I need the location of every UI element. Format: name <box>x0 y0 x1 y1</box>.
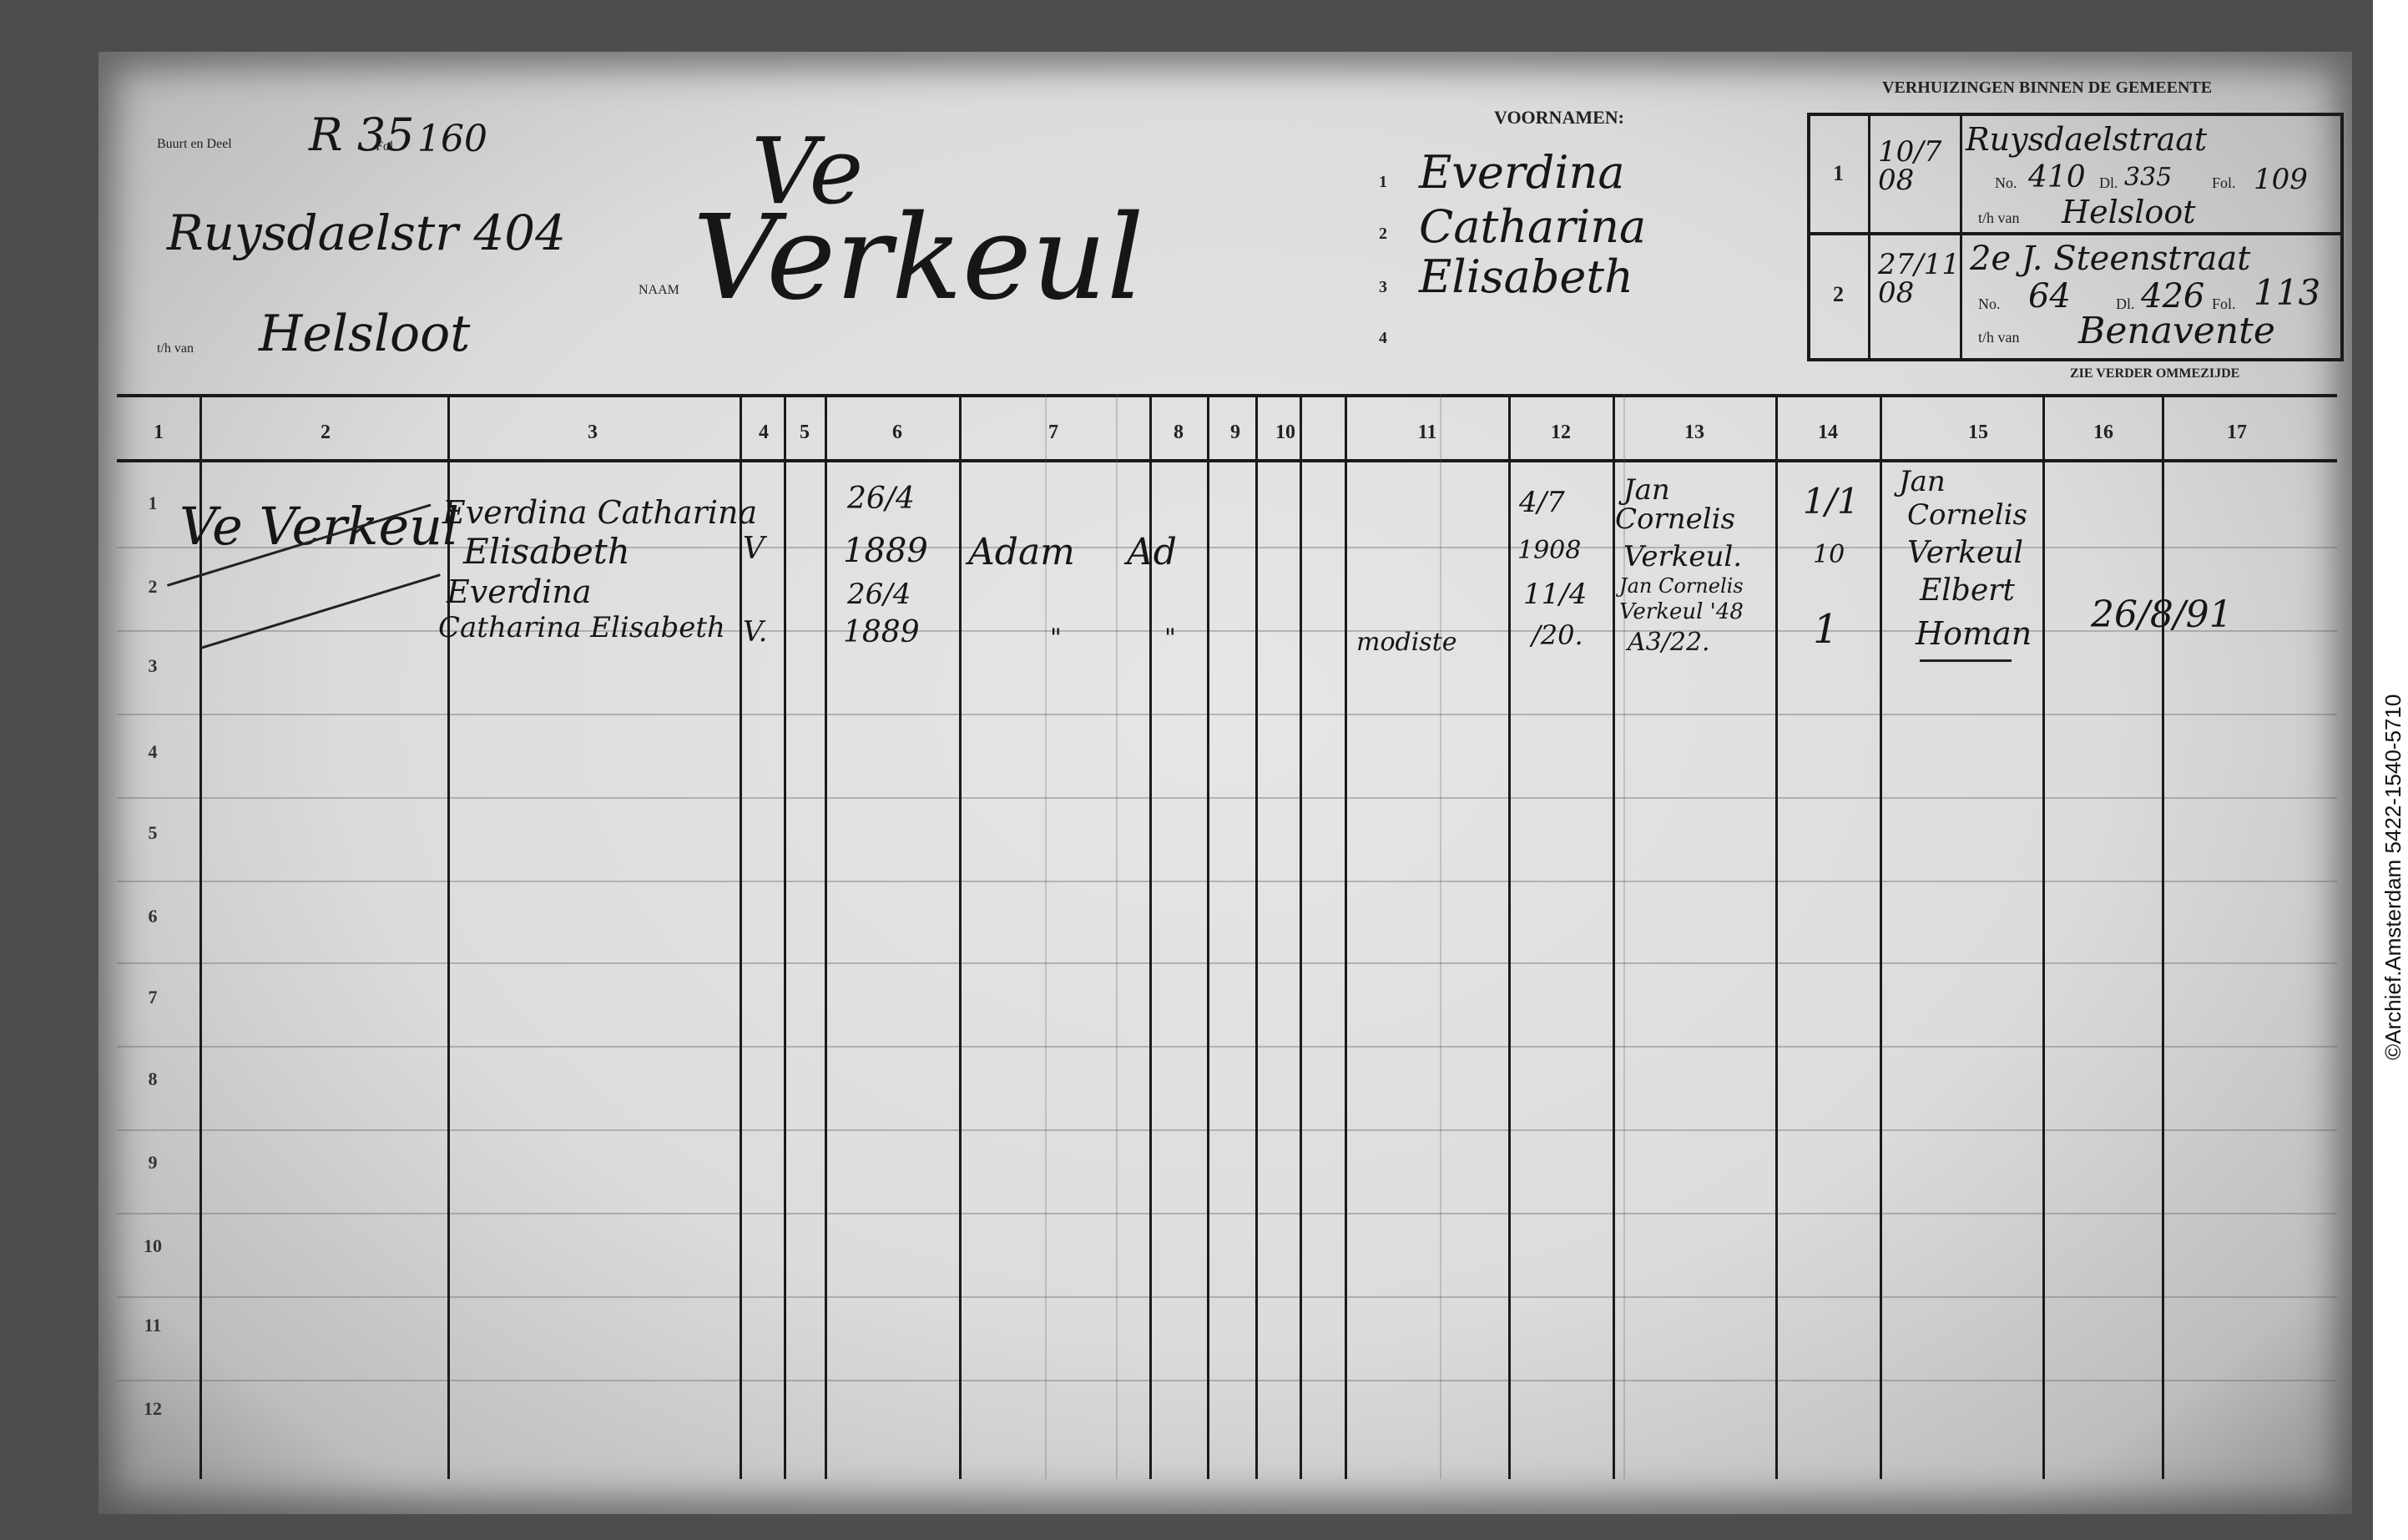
verhuizing-street-1: Ruysdaelstraat <box>1966 124 2207 155</box>
voornaam-2: Catharina <box>1419 204 1646 250</box>
row-num-11: 11 <box>140 1315 165 1336</box>
entry-col13-1: Jan <box>1623 476 1670 504</box>
entry-arrival-year: 1908 <box>1517 538 1581 563</box>
column-divider <box>784 394 786 1479</box>
col-num-10: 10 <box>1269 422 1302 444</box>
column-divider <box>1508 394 1511 1479</box>
verhuizing-from-2: Benavente <box>2078 313 2275 350</box>
row-num-1: 1 <box>140 492 165 514</box>
col-num-3: 3 <box>568 422 618 444</box>
entry-birthyear-1: 1889 <box>843 534 928 568</box>
entry-departure-date: 11/4 <box>1523 580 1587 608</box>
entry-col13-3: Verkeul. <box>1623 543 1742 571</box>
verhuizingen-row-divider <box>1807 232 2340 235</box>
entry-first-names-3: Everdina <box>447 576 591 608</box>
col-num-14: 14 <box>1803 422 1853 444</box>
column-divider <box>740 394 742 1479</box>
buurt-deel-value: R 35 <box>309 113 415 158</box>
table-top-rule <box>117 394 2337 397</box>
from-value: Helsloot <box>259 309 470 359</box>
grid-line <box>117 1380 2337 1381</box>
verhuizing-no-label-2: No. <box>1978 296 2001 311</box>
verhuizingen-divider <box>1960 113 1962 358</box>
verhuizingen-divider <box>1868 113 1870 358</box>
entry-col14-1: 1/1 <box>1803 484 1860 519</box>
verhuizing-from-label-1: t/h van <box>1978 210 2020 225</box>
entry-col15-2: Cornelis <box>1907 501 2027 529</box>
entry-col15-5: Homan <box>1916 618 2032 649</box>
verhuizing-no-1: 410 <box>2028 163 2086 193</box>
buurt-deel-label: Buurt en Deel <box>157 138 232 151</box>
verhuizingen-title: VERHUIZINGEN BINNEN DE GEMEENTE <box>1882 79 2212 96</box>
verhuizing-num-1: 1 <box>1833 163 1844 184</box>
col-num-5: 5 <box>788 422 821 444</box>
row-num-3: 3 <box>140 655 165 677</box>
col-num-12: 12 <box>1536 422 1586 444</box>
entry-col14-2: 10 <box>1813 543 1845 568</box>
grid-line <box>117 881 2337 882</box>
row-num-10: 10 <box>140 1235 165 1257</box>
verhuizing-date-1: 10/7 08 <box>1878 138 1953 194</box>
grid-line <box>117 962 2337 964</box>
grid-line <box>117 1213 2337 1214</box>
verhuizing-dl-label-1: Dl. <box>2099 175 2118 190</box>
entry-col13-5: Verkeul '48 <box>1619 601 1744 623</box>
voornaam-num-3: 3 <box>1379 279 1387 295</box>
entry-religion: Ad <box>1127 534 1177 571</box>
entry-occupation: modiste <box>1356 630 1457 655</box>
from-label: t/h van <box>157 342 194 356</box>
row-num-2: 2 <box>140 576 165 598</box>
underline <box>1920 659 2012 662</box>
folio-value: 160 <box>417 121 487 158</box>
row-num-7: 7 <box>140 987 165 1008</box>
entry-col13-4: Jan Cornelis <box>1619 576 1744 596</box>
voornaam-num-1: 1 <box>1379 174 1387 190</box>
grid-line <box>117 1296 2337 1298</box>
column-divider <box>1207 394 1209 1479</box>
voornaam-3: Elisabeth <box>1419 255 1633 300</box>
col-num-1: 1 <box>134 422 184 444</box>
voornamen-label: VOORNAMEN: <box>1494 109 1624 127</box>
verhuizing-date-2: 27/11 08 <box>1878 250 1953 307</box>
row-num-6: 6 <box>140 906 165 927</box>
column-divider <box>199 394 202 1479</box>
column-divider <box>1775 394 1778 1479</box>
column-divider-faint <box>1116 394 1118 1479</box>
entry-sex-2: V. <box>743 618 767 646</box>
entry-col15-3: Verkeul <box>1907 538 2023 568</box>
col-num-9: 9 <box>1219 422 1252 444</box>
column-divider <box>447 394 450 1479</box>
col-num-16: 16 <box>2078 422 2128 444</box>
entry-col15-1: Jan <box>1899 467 1946 496</box>
entry-col15-4: Elbert <box>1920 576 2015 606</box>
column-divider <box>2162 394 2164 1479</box>
col-num-15: 15 <box>1953 422 2003 444</box>
column-divider <box>1345 394 1347 1479</box>
row-num-8: 8 <box>140 1068 165 1090</box>
entry-col14-3: 1 <box>1813 609 1839 649</box>
entry-birthyear-2: 1889 <box>843 618 920 648</box>
entry-first-names-2: Elisabeth <box>463 534 630 569</box>
entry-birthdate-2: 26/4 <box>847 580 911 608</box>
verhuizing-fol-2: 113 <box>2254 275 2320 311</box>
entry-arrival-date: 4/7 <box>1519 488 1565 517</box>
entry-first-names-1: Everdina Catharina <box>442 497 757 528</box>
table-header-rule <box>117 459 2337 462</box>
entry-col16-note: 26/8/91 <box>2091 597 2233 634</box>
naam-value: Verkeul <box>693 200 1144 317</box>
entry-religion-ditto: " <box>1164 626 1176 651</box>
col-num-2: 2 <box>300 422 351 444</box>
col-num-13: 13 <box>1669 422 1719 444</box>
col-num-4: 4 <box>747 422 780 444</box>
verhuizing-dl-2: 426 <box>2141 280 2204 313</box>
column-divider-faint <box>1440 394 1441 1479</box>
col-num-11: 11 <box>1402 422 1452 444</box>
verhuizing-street-2: 2e J. Steenstraat <box>1970 242 2250 275</box>
column-divider <box>959 394 962 1479</box>
row-num-9: 9 <box>140 1152 165 1174</box>
column-divider <box>1300 394 1302 1479</box>
col-num-17: 17 <box>2212 422 2262 444</box>
entry-sex-1: V <box>743 534 765 564</box>
column-divider <box>825 394 827 1479</box>
verhuizing-dl-1: 335 <box>2124 165 2172 190</box>
entry-birthplace: Adam <box>968 534 1075 571</box>
column-divider <box>1613 394 1615 1479</box>
col-num-7: 7 <box>1028 422 1078 444</box>
grid-line <box>117 1129 2337 1131</box>
row-num-4: 4 <box>140 741 165 763</box>
entry-departure-year: /20. <box>1532 622 1583 649</box>
folio-label: Fol. <box>376 140 396 154</box>
grid-line <box>117 1046 2337 1048</box>
entry-col13-2: Cornelis <box>1615 505 1735 533</box>
entry-col13-6: A3/22. <box>1628 630 1710 655</box>
verhuizing-fol-1: 109 <box>2254 165 2308 194</box>
column-divider <box>1255 394 1258 1479</box>
row-num-12: 12 <box>140 1398 165 1420</box>
grid-line <box>117 714 2337 715</box>
verhuizing-from-1: Helsloot <box>2062 196 2195 228</box>
entry-birthdate-1: 26/4 <box>847 484 915 514</box>
voornaam-num-4: 4 <box>1379 330 1387 346</box>
entry-first-names-4: Catharina Elisabeth <box>438 613 725 642</box>
verhuizing-no-2: 64 <box>2028 280 2071 313</box>
entry-birthplace-ditto: " <box>1050 626 1062 651</box>
verhuizingen-footer: ZIE VERDER OMMEZIJDE <box>2070 367 2239 381</box>
col-num-8: 8 <box>1162 422 1195 444</box>
verhuizing-no-label-1: No. <box>1995 175 2017 190</box>
verhuizing-fol-label-1: Fol. <box>2212 175 2236 190</box>
copyright-notice: ©Archief.Amsterdam 5422-1540-5710 <box>2380 694 2406 1060</box>
verhuizing-num-2: 2 <box>1833 284 1844 305</box>
grid-line <box>117 797 2337 799</box>
address: Ruysdaelstr 404 <box>167 209 566 257</box>
column-divider <box>2042 394 2045 1479</box>
row-num-5: 5 <box>140 822 165 844</box>
voornaam-1: Everdina <box>1419 150 1625 195</box>
verhuizing-from-label-2: t/h van <box>1978 330 2020 345</box>
col-num-6: 6 <box>872 422 922 444</box>
voornaam-num-2: 2 <box>1379 225 1387 242</box>
naam-label: NAAM <box>639 284 679 297</box>
column-divider <box>1880 394 1882 1479</box>
